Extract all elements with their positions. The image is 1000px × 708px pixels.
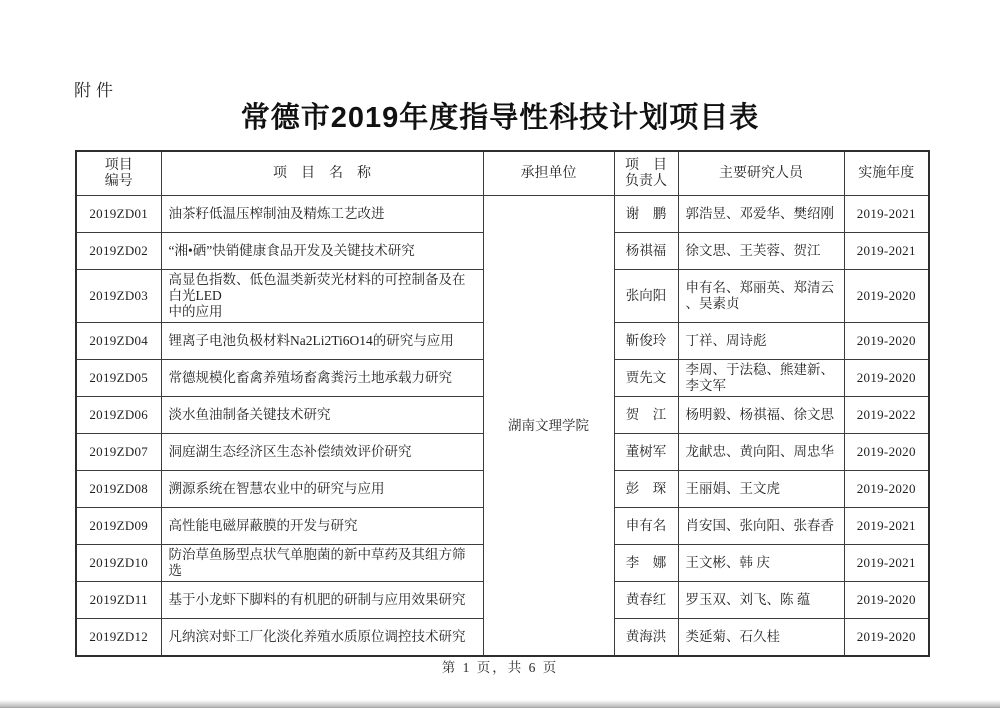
project-no-cell: 2019ZD07 bbox=[76, 434, 161, 471]
project-leader-cell: 董树军 bbox=[614, 434, 678, 471]
main-researchers-cell: 王文彬、韩 庆 bbox=[678, 545, 844, 582]
undertaking-unit-cell: 湖南文理学院 bbox=[483, 196, 614, 657]
header-project-leader: 项 目 负责人 bbox=[614, 151, 678, 196]
project-leader-cell: 贺 江 bbox=[614, 397, 678, 434]
table-body: 2019ZD01油茶籽低温压榨制油及精炼工艺改进湖南文理学院谢 鹏郭浩昱、邓爱华… bbox=[76, 196, 929, 657]
project-name-cell: “湘•硒”快销健康食品开发及关键技术研究 bbox=[161, 233, 483, 270]
project-leader-cell: 杨祺福 bbox=[614, 233, 678, 270]
project-leader-cell: 张向阳 bbox=[614, 270, 678, 323]
implementation-years-cell: 2019-2021 bbox=[844, 196, 929, 233]
project-name-cell: 洞庭湖生态经济区生态补偿绩效评价研究 bbox=[161, 434, 483, 471]
project-no-cell: 2019ZD01 bbox=[76, 196, 161, 233]
project-leader-cell: 黄春红 bbox=[614, 582, 678, 619]
header-implementation-years: 实施年度 bbox=[844, 151, 929, 196]
project-no-cell: 2019ZD09 bbox=[76, 508, 161, 545]
project-no-cell: 2019ZD08 bbox=[76, 471, 161, 508]
project-leader-cell: 黄海洪 bbox=[614, 619, 678, 657]
project-no-cell: 2019ZD06 bbox=[76, 397, 161, 434]
main-researchers-cell: 李周、于法稳、熊建新、 李文军 bbox=[678, 360, 844, 397]
implementation-years-cell: 2019-2020 bbox=[844, 434, 929, 471]
project-leader-cell: 李 娜 bbox=[614, 545, 678, 582]
implementation-years-cell: 2019-2021 bbox=[844, 545, 929, 582]
main-researchers-cell: 肖安国、张向阳、张春香 bbox=[678, 508, 844, 545]
implementation-years-cell: 2019-2022 bbox=[844, 397, 929, 434]
header-project-no: 项目 编号 bbox=[76, 151, 161, 196]
main-researchers-cell: 罗玉双、刘飞、陈 蕴 bbox=[678, 582, 844, 619]
project-no-cell: 2019ZD12 bbox=[76, 619, 161, 657]
main-researchers-cell: 丁祥、周诗彪 bbox=[678, 323, 844, 360]
project-no-cell: 2019ZD11 bbox=[76, 582, 161, 619]
project-name-cell: 基于小龙虾下脚料的有机肥的研制与应用效果研究 bbox=[161, 582, 483, 619]
header-undertaking-unit: 承担单位 bbox=[483, 151, 614, 196]
implementation-years-cell: 2019-2020 bbox=[844, 270, 929, 323]
table-header-row: 项目 编号 项 目 名 称 承担单位 项 目 负责人 主要研究人员 实施年度 bbox=[76, 151, 929, 196]
implementation-years-cell: 2019-2020 bbox=[844, 582, 929, 619]
main-researchers-cell: 徐文思、王芙蓉、贺江 bbox=[678, 233, 844, 270]
main-researchers-cell: 类延菊、石久桂 bbox=[678, 619, 844, 657]
scanned-document-page: 附件 常德市2019年度指导性科技计划项目表 项目 编号 项 目 名 称 承担单… bbox=[0, 0, 1000, 708]
main-researchers-cell: 申有名、郑丽英、郑清云 、吴素贞 bbox=[678, 270, 844, 323]
implementation-years-cell: 2019-2020 bbox=[844, 619, 929, 657]
project-leader-cell: 彭 琛 bbox=[614, 471, 678, 508]
project-leader-cell: 申有名 bbox=[614, 508, 678, 545]
page-number-footer: 第 1 页，共 6 页 bbox=[0, 656, 1000, 676]
project-name-cell: 常德规模化畜禽养殖场畜禽粪污土地承载力研究 bbox=[161, 360, 483, 397]
page-title: 常德市2019年度指导性科技计划项目表 bbox=[0, 95, 1000, 136]
project-name-cell: 油茶籽低温压榨制油及精炼工艺改进 bbox=[161, 196, 483, 233]
project-no-cell: 2019ZD03 bbox=[76, 270, 161, 323]
project-leader-cell: 靳俊玲 bbox=[614, 323, 678, 360]
implementation-years-cell: 2019-2020 bbox=[844, 471, 929, 508]
implementation-years-cell: 2019-2021 bbox=[844, 508, 929, 545]
main-researchers-cell: 王丽娟、王文虎 bbox=[678, 471, 844, 508]
project-no-cell: 2019ZD05 bbox=[76, 360, 161, 397]
project-name-cell: 凡纳滨对虾工厂化淡化养殖水质原位调控技术研究 bbox=[161, 619, 483, 657]
main-researchers-cell: 郭浩昱、邓爱华、樊绍刚 bbox=[678, 196, 844, 233]
main-researchers-cell: 杨明毅、杨祺福、徐文思 bbox=[678, 397, 844, 434]
project-name-cell: 高性能电磁屏蔽膜的开发与研究 bbox=[161, 508, 483, 545]
project-leader-cell: 贾先文 bbox=[614, 360, 678, 397]
project-name-cell: 防治草鱼肠型点状气单胞菌的新中草药及其组方筛选 bbox=[161, 545, 483, 582]
project-no-cell: 2019ZD04 bbox=[76, 323, 161, 360]
implementation-years-cell: 2019-2020 bbox=[844, 360, 929, 397]
project-no-cell: 2019ZD10 bbox=[76, 545, 161, 582]
scan-edge-shadow bbox=[0, 700, 1000, 708]
project-name-cell: 高显色指数、低色温类新荧光材料的可控制备及在白光LED 中的应用 bbox=[161, 270, 483, 323]
project-table: 项目 编号 项 目 名 称 承担单位 项 目 负责人 主要研究人员 实施年度 2… bbox=[75, 150, 930, 657]
implementation-years-cell: 2019-2020 bbox=[844, 323, 929, 360]
implementation-years-cell: 2019-2021 bbox=[844, 233, 929, 270]
project-no-cell: 2019ZD02 bbox=[76, 233, 161, 270]
project-name-cell: 锂离子电池负极材料Na2Li2Ti6O14的研究与应用 bbox=[161, 323, 483, 360]
header-main-researchers: 主要研究人员 bbox=[678, 151, 844, 196]
table-row: 2019ZD01油茶籽低温压榨制油及精炼工艺改进湖南文理学院谢 鹏郭浩昱、邓爱华… bbox=[76, 196, 929, 233]
project-name-cell: 溯源系统在智慧农业中的研究与应用 bbox=[161, 471, 483, 508]
project-leader-cell: 谢 鹏 bbox=[614, 196, 678, 233]
project-name-cell: 淡水鱼油制备关键技术研究 bbox=[161, 397, 483, 434]
header-project-name: 项 目 名 称 bbox=[161, 151, 483, 196]
main-researchers-cell: 龙献忠、黄向阳、周忠华 bbox=[678, 434, 844, 471]
